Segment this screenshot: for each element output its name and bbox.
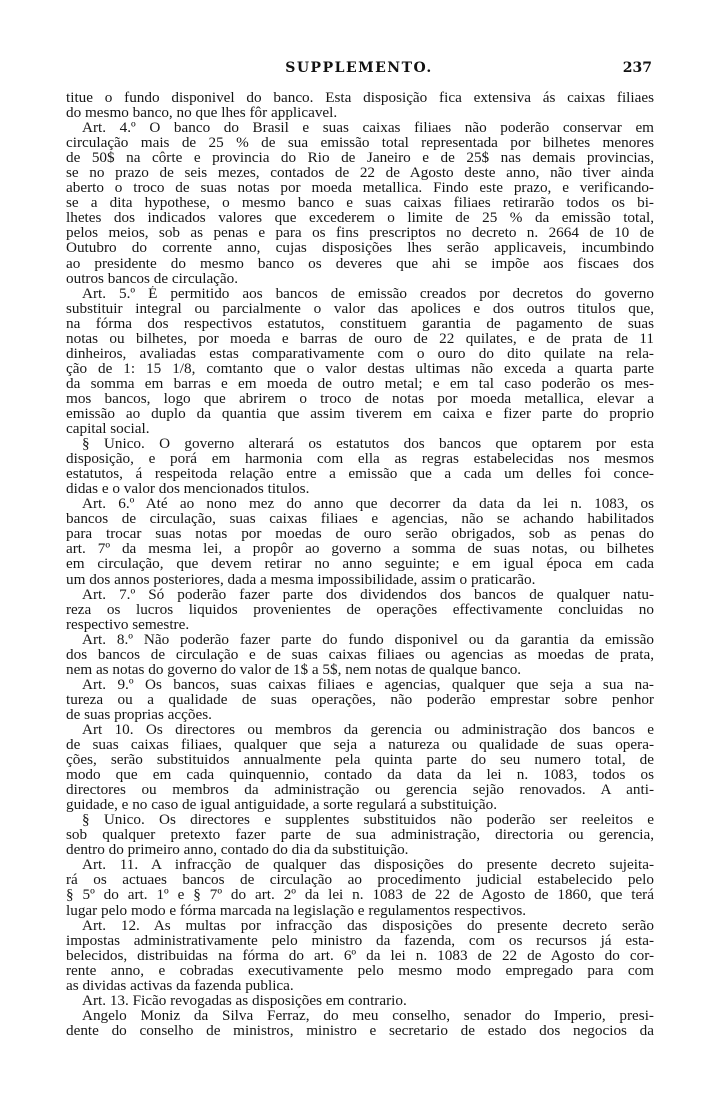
text-line: notas ou bilhetes, por moeda e barras de… [66,331,654,346]
text-line: lhetes dos indicados valores que exceder… [66,210,654,225]
page-number: 237 [623,60,652,76]
text-line: Art. 9.º Os bancos, suas caixas filiaes … [66,677,654,692]
text-line: Art. 5.º É permitido aos bancos de emiss… [66,286,654,301]
text-line: ção de 1: 15 1/8, comtanto que o valor d… [66,361,654,376]
text-line: ções, serão substituidos annualmente pel… [66,752,654,767]
text-line: se no prazo de seis mezes, contados de 2… [66,165,654,180]
running-title: SUPPLEMENTO. [66,60,652,76]
text-line: as dividas activas da fazenda publica. [66,978,654,993]
text-line: circulação mais de 25 % de sua emissão t… [66,135,654,150]
text-line: Art. 12. As multas por infracção das dis… [66,918,654,933]
text-line: impostas administrativamente pelo minist… [66,933,654,948]
text-line: pelos meios, sob as penas e para os fins… [66,225,654,240]
text-line: Art 10. Os directores ou membros da gere… [66,722,654,737]
text-line: lugar pelo modo e fórma marcada na legis… [66,903,654,918]
text-line: § 5º do art. 1º e § 7º do art. 2º da lei… [66,887,654,902]
text-line: em circulação, que devem retirar no anno… [66,556,654,571]
text-line: respectivo semestre. [66,617,654,632]
text-line: do mesmo banco, no que lhes fôr applicav… [66,105,654,120]
text-line: de suas caixas filiaes, qualquer que sej… [66,737,654,752]
text-line: dente do conselho de ministros, ministro… [66,1023,654,1038]
text-line: Art. 13. Ficão revogadas as disposições … [66,993,654,1008]
text-line: dentro do primeiro anno, contado do dia … [66,842,654,857]
text-line: um dos annos posteriores, dada a mesma i… [66,572,654,587]
text-line: directores ou membros da administração o… [66,782,654,797]
text-line: Angelo Moniz da Silva Ferraz, do meu con… [66,1008,654,1023]
text-line: emissão ao duplo da quantia que assim ti… [66,406,654,421]
text-line: reza os lucros liquidos provenientes de … [66,602,654,617]
text-line: Art. 8.º Não poderão fazer parte do fund… [66,632,654,647]
text-line: outros bancos de circulação. [66,271,654,286]
text-line: substituir integral ou parcialmente o va… [66,301,654,316]
text-line: disposição, e porá em harmonia com ella … [66,451,654,466]
text-line: se a dita hypothese, o mesmo banco e sua… [66,195,654,210]
text-line: mos bancos, logo que abrirem o troco de … [66,391,654,406]
text-line: dos bancos de circulação e de suas caixa… [66,647,654,662]
text-line: de 50$ na côrte e provincia do Rio de Ja… [66,150,654,165]
text-line: dinheiros, avaliadas estas comparativame… [66,346,654,361]
text-line: didas e o valor dos mencionados titulos. [66,481,654,496]
text-line: estatutos, á respeitoda relação entre a … [66,466,654,481]
page-header: SUPPLEMENTO. 237 [66,60,652,78]
text-line: tureza ou a qualidade de suas operações,… [66,692,654,707]
text-line: ao presidente do mesmo banco os deveres … [66,256,654,271]
text-line: da somma em barras e em moeda de outro m… [66,376,654,391]
text-line: bancos de circulação, suas caixas filiae… [66,511,654,526]
text-line: belecidos, distribuidas na fórma do art.… [66,948,654,963]
text-line: de suas proprias acções. [66,707,654,722]
text-line: aberto o troco de suas notas por moeda m… [66,180,654,195]
text-line: Art. 6.º Até ao nono mez do anno que dec… [66,496,654,511]
text-line: na fórma dos respectivos estatutos, cons… [66,316,654,331]
text-line: rá os actuaes bancos de circulação ao pr… [66,872,654,887]
body-text: titue o fundo disponivel do banco. Esta … [66,90,654,1038]
text-line: Art. 7.º Só poderão fazer parte dos divi… [66,587,654,602]
text-line: Art. 11. A infracção de qualquer das dis… [66,857,654,872]
text-line: titue o fundo disponivel do banco. Esta … [66,90,654,105]
text-line: rente anno, e cobradas executivamente pe… [66,963,654,978]
text-line: modo que em cada quinquennio, contado da… [66,767,654,782]
text-line: § Unico. Os directores e supplentes subs… [66,812,654,827]
text-line: capital social. [66,421,654,436]
text-line: Art. 4.º O banco do Brasil e suas caixas… [66,120,654,135]
text-line: art. 7º da mesma lei, a propôr ao govern… [66,541,654,556]
text-line: nem as notas do governo do valor de 1$ a… [66,662,654,677]
text-line: para trocar suas notas por moedas de our… [66,526,654,541]
text-line: guidade, e no caso de igual antiguidade,… [66,797,654,812]
document-page: SUPPLEMENTO. 237 titue o fundo disponive… [0,0,704,1111]
text-line: § Unico. O governo alterará os estatutos… [66,436,654,451]
text-line: sob qualquer pretexto fazer parte de sua… [66,827,654,842]
text-line: Outubro do corrente anno, cujas disposiç… [66,240,654,255]
